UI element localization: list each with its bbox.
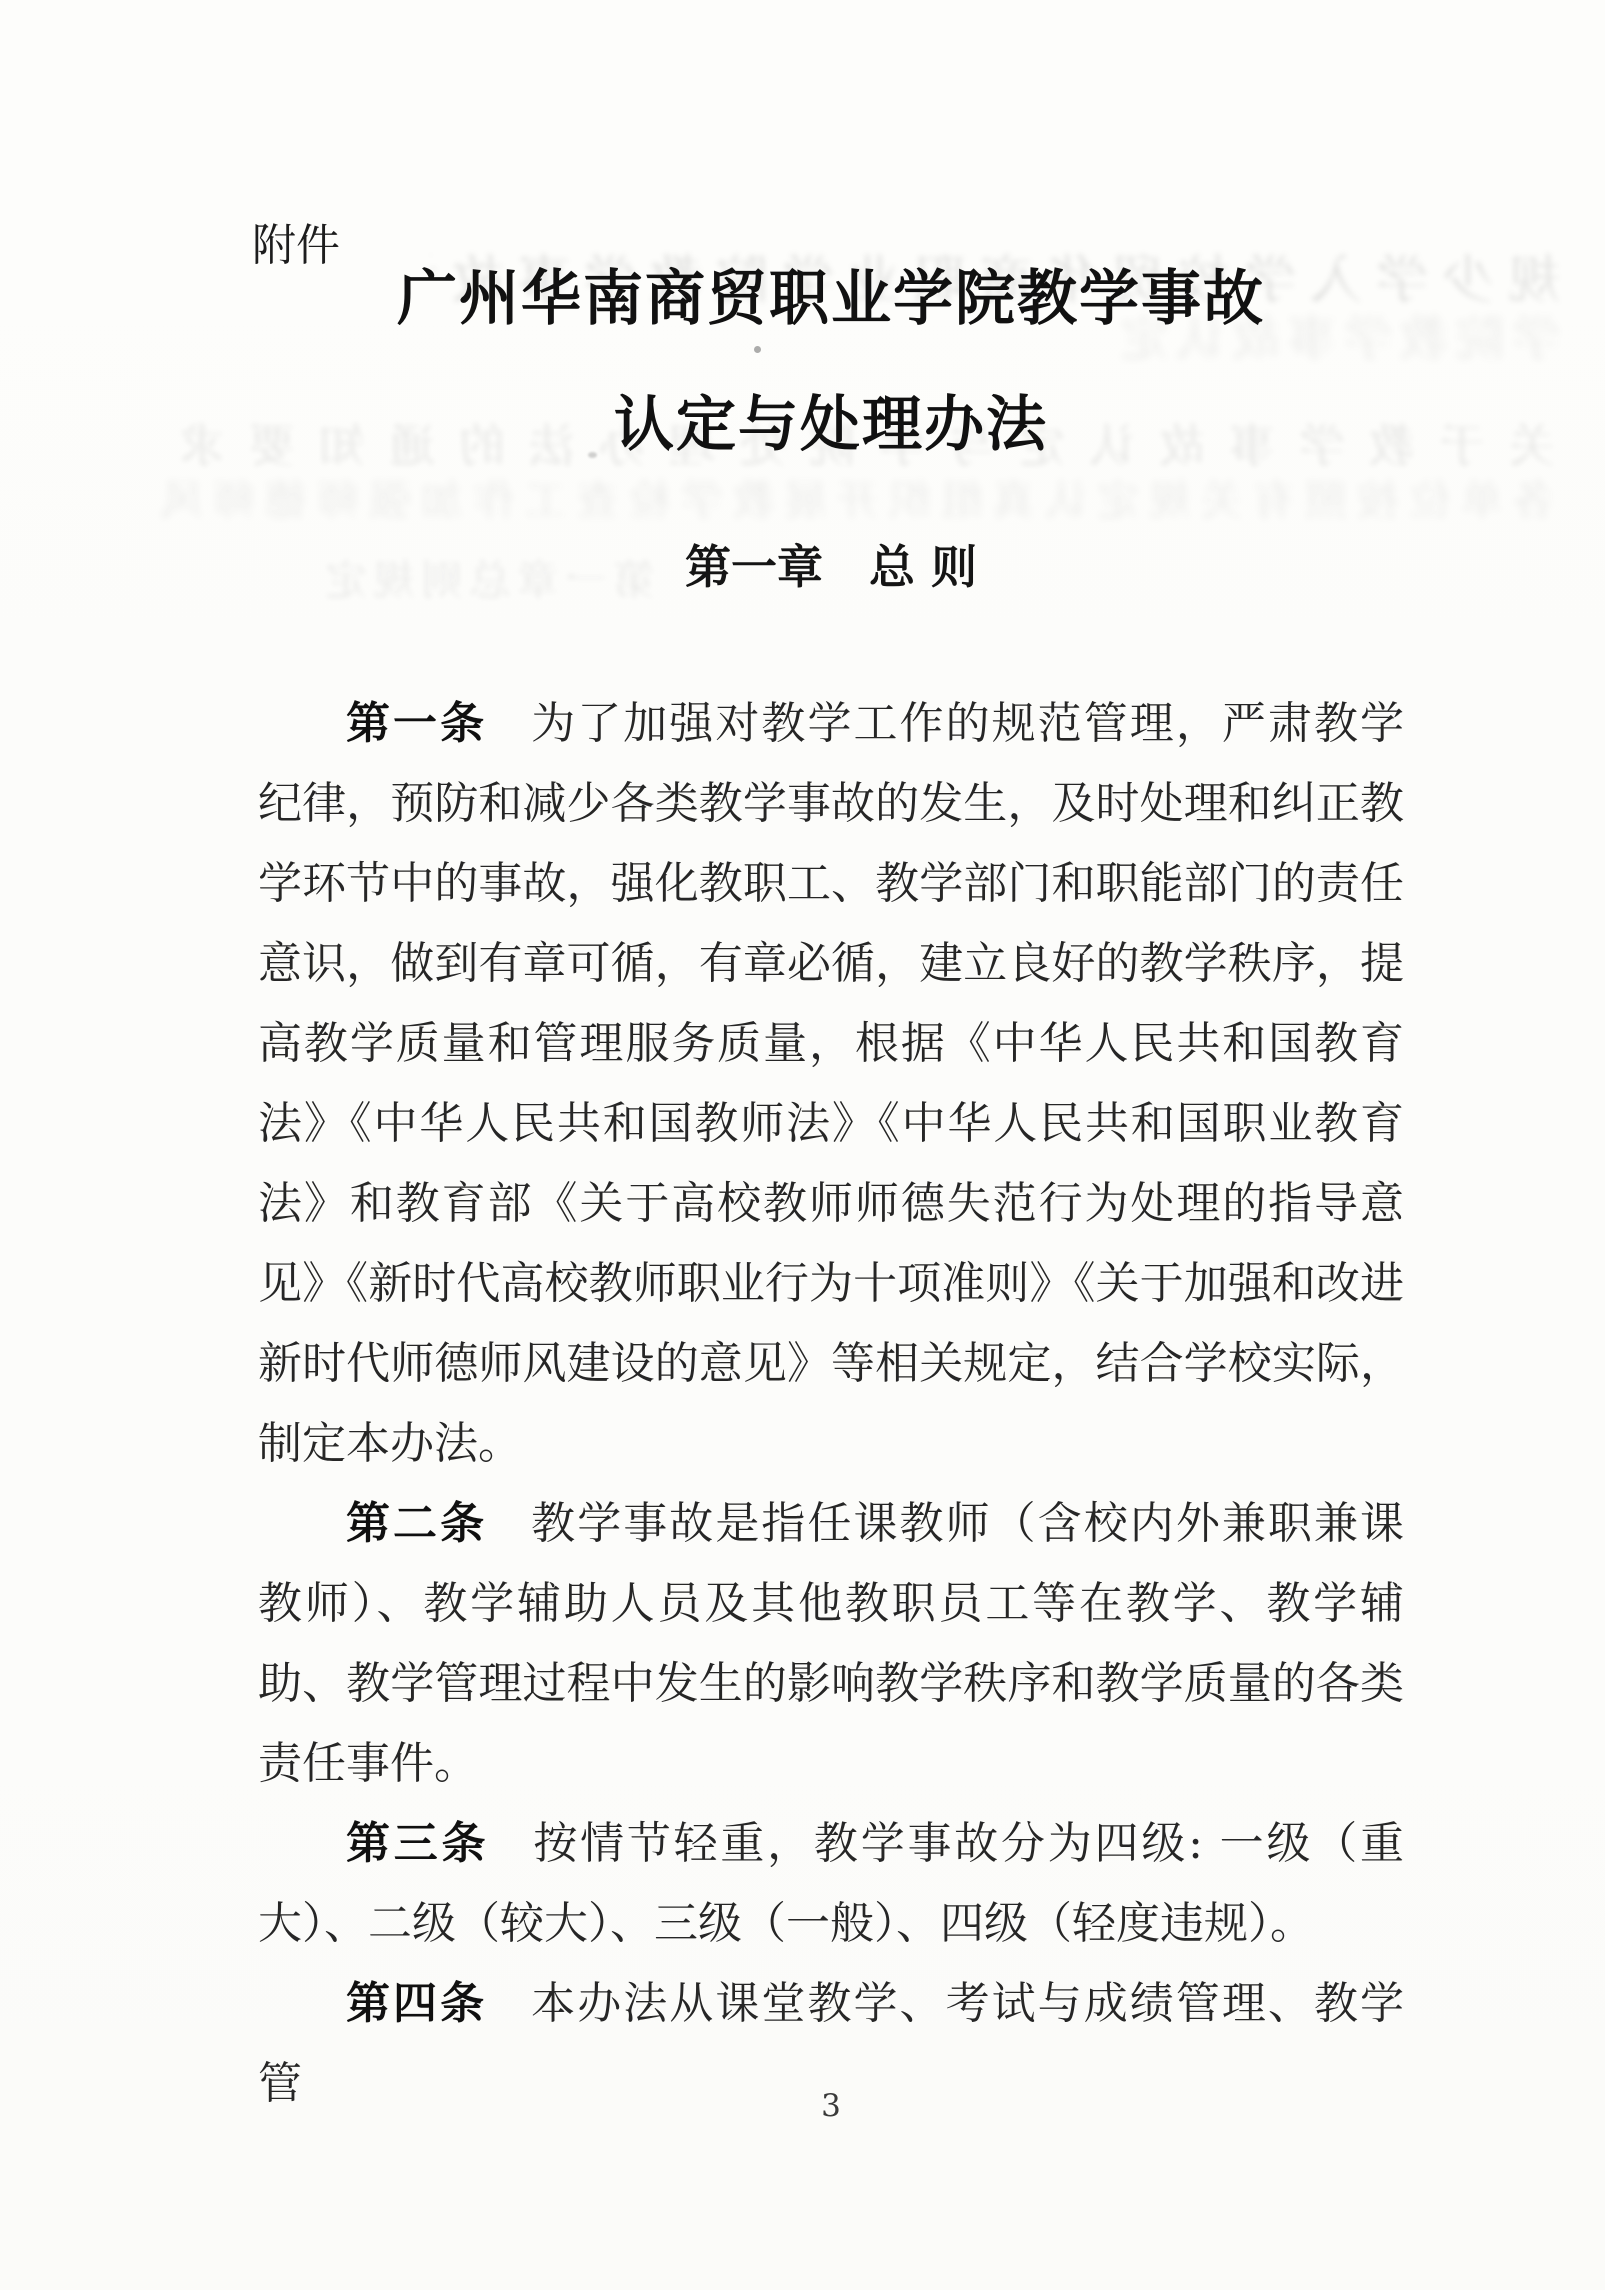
chapter-heading: 第一章 总 则 <box>258 540 1404 595</box>
scanned-document-page: 规少学入学校贸华商职业学院教学事故认定处理办法通知 学院教学事故认定 关于教学事… <box>0 0 1605 2290</box>
attachment-label: 附件 <box>252 220 340 273</box>
article-number-label: 第一条 <box>346 698 487 749</box>
document-body: 第一条为了加强对教学工作的规范管理，严肃教学纪律，预防和减少各类教学事故的发生，… <box>258 684 1404 2124</box>
document-title-line-2: 认定与处理办法 <box>258 392 1404 458</box>
article-paragraph: 第一条为了加强对教学工作的规范管理，严肃教学纪律，预防和减少各类教学事故的发生，… <box>258 684 1404 1484</box>
article-number-label: 第三条 <box>346 1818 489 1869</box>
document-title-line-1: 广州华南商贸职业学院教学事故 <box>258 266 1404 332</box>
article-paragraph: 第三条按情节轻重，教学事故分为四级: 一级（重大）、二级（较大）、三级（一般）、… <box>258 1804 1404 1964</box>
page-number: 3 <box>258 2088 1404 2124</box>
article-text: 为了加强对教学工作的规范管理，严肃教学纪律，预防和减少各类教学事故的发生，及时处… <box>258 698 1404 1469</box>
article-number-label: 第二条 <box>346 1498 487 1549</box>
bleed-through-line: 各单位按照有关规定认真组织开展教学检查工作加强师德师风建设全面提升质量 <box>155 468 1555 528</box>
scan-speck <box>754 346 761 353</box>
article-number-label: 第四条 <box>346 1978 487 2029</box>
article-paragraph: 第二条教学事故是指任课教师（含校内外兼职兼课教师）、教学辅助人员及其他教职员工等… <box>258 1484 1404 1804</box>
